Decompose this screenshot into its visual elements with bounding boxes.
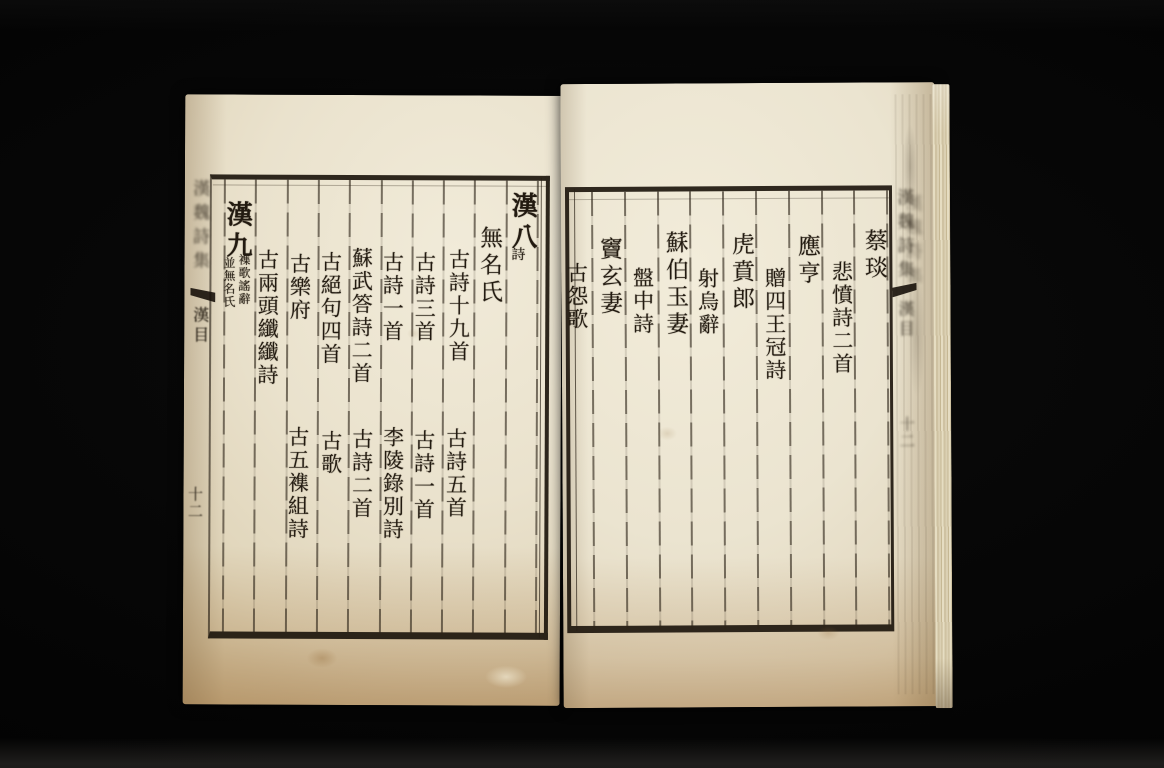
work-title-column: 悲憤詩二首 xyxy=(826,261,857,376)
right-leaf-group: 漢魏詩集 漢魏詩集 漢目 十二 蔡琰悲憤詩二首應亨贈四王冠詩虎賁郎射烏辭蘇伯玉妻… xyxy=(0,0,1164,768)
work-title-column: 贈四王冠詩 xyxy=(759,267,790,382)
book-fore-edge-pages xyxy=(932,84,952,708)
author-name-column: 蘇伯玉妻 xyxy=(659,230,693,338)
work-title-column: 古怨歌 xyxy=(561,262,591,331)
work-title-column: 盤中詩 xyxy=(627,267,657,336)
author-name-column: 蔡琰 xyxy=(858,228,891,282)
book-photo: 漢魏詩集 漢目 十二 漢八 詩 無名氏 古詩十九首古詩三首古詩一首蘇武答詩二首古… xyxy=(0,0,1164,768)
author-name-column: 應亨 xyxy=(791,234,824,288)
right-spine-title: 漢魏詩集 xyxy=(891,188,917,284)
work-title-column: 射烏辭 xyxy=(692,267,722,336)
table-edge-shadow xyxy=(0,738,1164,768)
author-name-column: 竇玄妻 xyxy=(593,237,626,318)
right-spine-folio: 十二 xyxy=(897,416,918,450)
author-name-column: 虎賁郎 xyxy=(725,232,758,313)
right-spine-ink-streaks xyxy=(894,94,935,694)
right-spine-section: 漢目 xyxy=(894,300,917,340)
